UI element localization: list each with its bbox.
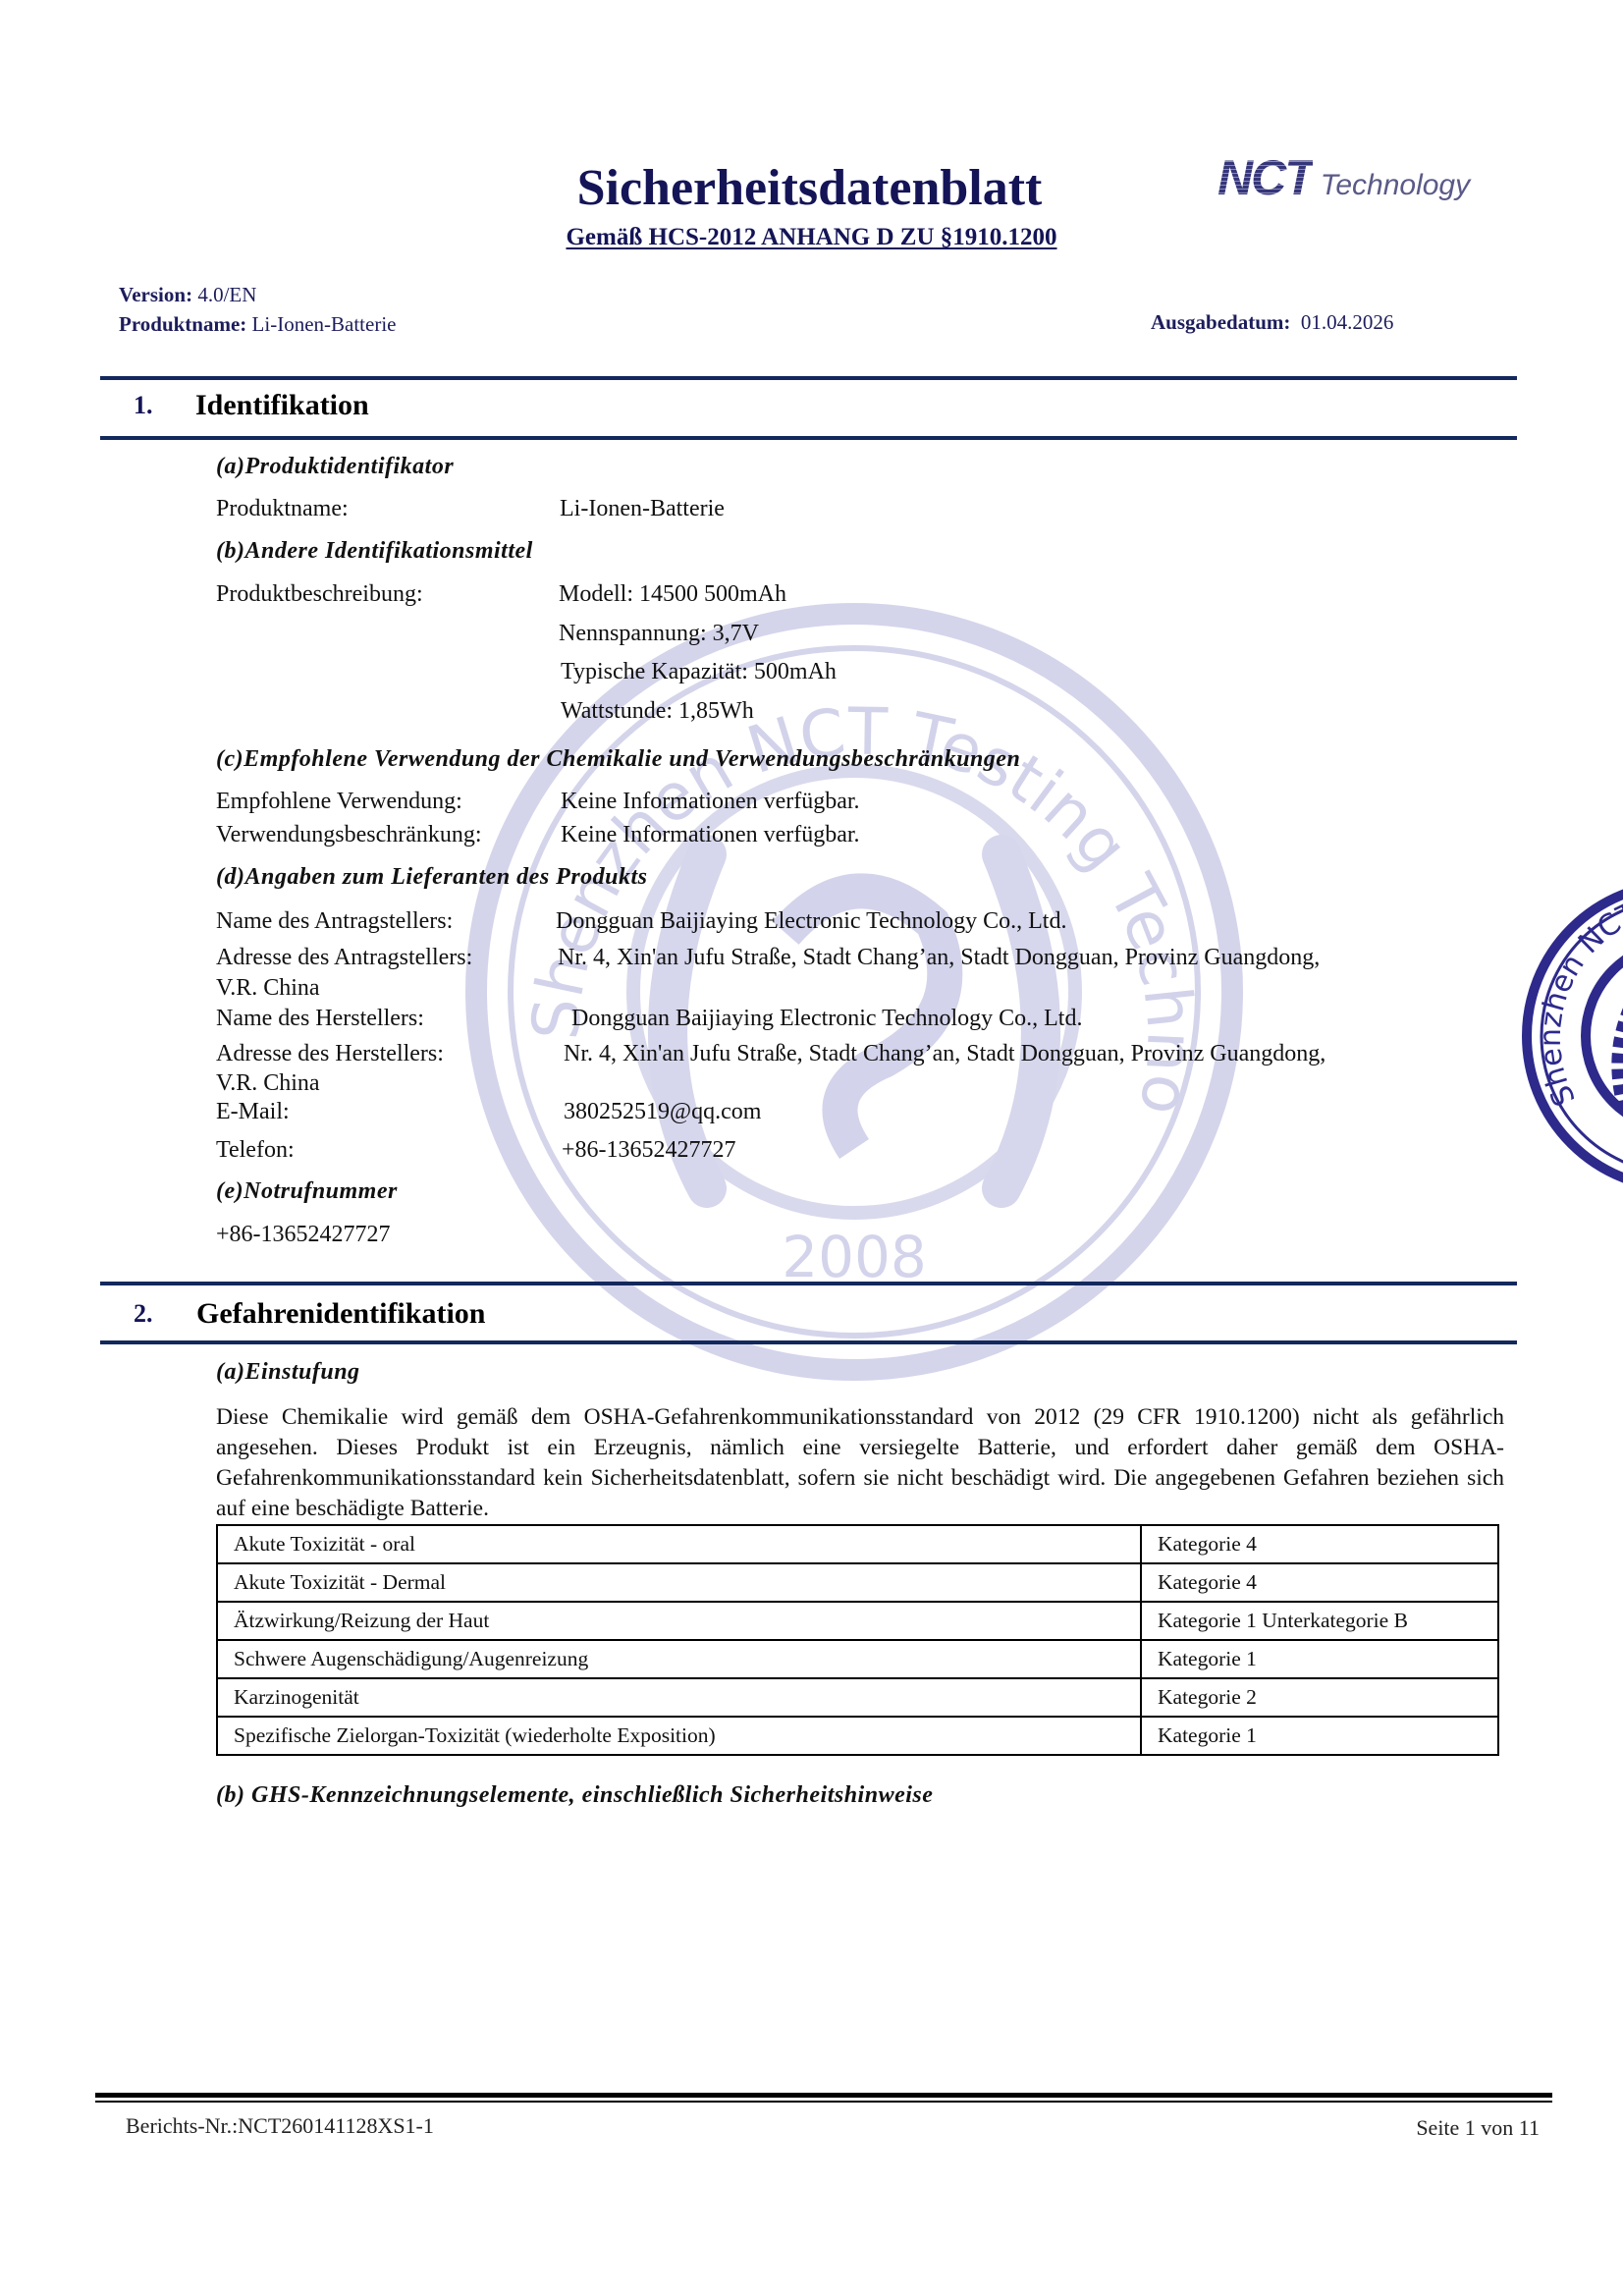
- table-row: Akute Toxizität - oralKategorie 4: [217, 1525, 1498, 1563]
- emergency-number: +86-13652427727: [216, 1222, 391, 1248]
- field-label: Verwendungsbeschränkung:: [216, 822, 482, 848]
- hazard-cell: Akute Toxizität - Dermal: [217, 1563, 1141, 1602]
- hazard-cell: Akute Toxizität - oral: [217, 1525, 1141, 1563]
- hazard-classification-table: Akute Toxizität - oralKategorie 4Akute T…: [216, 1524, 1499, 1756]
- version-label: Version:: [119, 283, 192, 306]
- section-2-title: Gefahrenidentifikation: [196, 1297, 485, 1331]
- product-line: Produktname: Li-Ionen-Batterie: [119, 312, 396, 337]
- issue-date-value: 01.04.2026: [1301, 310, 1394, 334]
- category-cell: Kategorie 2: [1141, 1678, 1498, 1717]
- version-value: 4.0/EN: [197, 283, 256, 306]
- logo-suffix: Technology: [1321, 169, 1470, 201]
- field-label: Adresse des Herstellers:: [216, 1041, 444, 1067]
- hazard-cell: Karzinogenität: [217, 1678, 1141, 1717]
- field-value-cont: V.R. China: [216, 1070, 320, 1097]
- hazard-cell: Spezifische Zielorgan-Toxizität (wiederh…: [217, 1717, 1141, 1755]
- section-number: 1.: [134, 391, 153, 419]
- email-link[interactable]: 380252519@qq.com: [564, 1099, 761, 1125]
- subsection-heading: (e)Notrufnummer: [216, 1178, 398, 1205]
- hazard-cell: Schwere Augenschädigung/Augenreizung: [217, 1640, 1141, 1678]
- field-value: Li-Ionen-Batterie: [560, 496, 725, 522]
- issue-date-label: Ausgabedatum:: [1151, 310, 1290, 334]
- category-cell: Kategorie 1: [1141, 1640, 1498, 1678]
- classification-paragraph: Diese Chemikalie wird gemäß dem OSHA-Gef…: [216, 1402, 1504, 1524]
- subsection-heading: (b) GHS-Kennzeichnungselemente, einschli…: [216, 1782, 933, 1809]
- section-rule: [100, 376, 1517, 380]
- section-2-heading: 2.: [134, 1299, 153, 1329]
- field-value: Keine Informationen verfügbar.: [561, 789, 860, 815]
- section-rule: [100, 1282, 1517, 1285]
- field-value: Dongguan Baijiaying Electronic Technolog…: [571, 1006, 1082, 1032]
- field-label: Name des Antragstellers:: [216, 908, 453, 935]
- subsection-heading: (a)Einstufung: [216, 1359, 360, 1386]
- category-cell: Kategorie 4: [1141, 1525, 1498, 1563]
- product-value: Li-Ionen-Batterie: [252, 312, 397, 336]
- report-number: Berichts-Nr.:NCT260141128XS1-1: [126, 2113, 434, 2139]
- section-1-title: Identifikation: [195, 389, 369, 422]
- company-stamp: Shenzhen NCT T: [1517, 874, 1623, 1198]
- table-row: Ätzwirkung/Reizung der HautKategorie 1 U…: [217, 1602, 1498, 1640]
- subsection-heading: (c)Empfohlene Verwendung der Chemikalie …: [216, 746, 1020, 773]
- field-value: +86-13652427727: [562, 1137, 736, 1164]
- category-cell: Kategorie 1 Unterkategorie B: [1141, 1602, 1498, 1640]
- document-subtitle: Gemäß HCS-2012 ANHANG D ZU §1910.1200: [0, 224, 1623, 251]
- description-line: Wattstunde: 1,85Wh: [561, 698, 754, 725]
- subsection-heading: (b)Andere Identifikationsmittel: [216, 538, 533, 565]
- nct-logo: NCTTechnology: [1217, 149, 1470, 206]
- page-number: Seite 1 von 11: [1416, 2115, 1540, 2141]
- field-value: Keine Informationen verfügbar.: [561, 822, 860, 848]
- section-rule: [100, 436, 1517, 440]
- field-label: Produktname:: [216, 496, 349, 522]
- field-label: Empfohlene Verwendung:: [216, 789, 462, 815]
- field-value-cont: V.R. China: [216, 975, 320, 1002]
- logo-brand: NCT: [1217, 150, 1313, 205]
- field-label: Adresse des Antragstellers:: [216, 945, 472, 971]
- field-value: Nr. 4, Xin'an Jufu Straße, Stadt Chang’a…: [558, 945, 1320, 971]
- field-label: Produktbeschreibung:: [216, 581, 423, 608]
- hazard-cell: Ätzwirkung/Reizung der Haut: [217, 1602, 1141, 1640]
- svg-text:2008: 2008: [782, 1224, 927, 1290]
- field-label: E-Mail:: [216, 1099, 290, 1125]
- category-cell: Kategorie 1: [1141, 1717, 1498, 1755]
- section-rule: [100, 1340, 1517, 1344]
- product-label: Produktname:: [119, 312, 246, 336]
- issue-date: Ausgabedatum: 01.04.2026: [1151, 310, 1393, 335]
- category-cell: Kategorie 4: [1141, 1563, 1498, 1602]
- field-label: Telefon:: [216, 1137, 295, 1164]
- footer-rule: [95, 2101, 1552, 2103]
- description-line: Typische Kapazität: 500mAh: [561, 659, 837, 685]
- table-row: Spezifische Zielorgan-Toxizität (wiederh…: [217, 1717, 1498, 1755]
- field-value: Nr. 4, Xin'an Jufu Straße, Stadt Chang’a…: [564, 1041, 1325, 1067]
- table-row: KarzinogenitätKategorie 2: [217, 1678, 1498, 1717]
- subsection-heading: (d)Angaben zum Lieferanten des Produkts: [216, 864, 648, 891]
- table-row: Schwere Augenschädigung/AugenreizungKate…: [217, 1640, 1498, 1678]
- description-line: Nennspannung: 3,7V: [559, 621, 759, 647]
- svg-text:Shenzhen NCT T: Shenzhen NCT T: [1534, 887, 1623, 1112]
- table-row: Akute Toxizität - DermalKategorie 4: [217, 1563, 1498, 1602]
- subsection-heading: (a)Produktidentifikator: [216, 454, 454, 480]
- version-line: Version: 4.0/EN: [119, 283, 256, 307]
- section-1-heading: 1.: [134, 391, 153, 420]
- description-line: Modell: 14500 500mAh: [559, 581, 786, 608]
- field-value: Dongguan Baijiaying Electronic Technolog…: [556, 908, 1066, 935]
- field-label: Name des Herstellers:: [216, 1006, 424, 1032]
- section-number: 2.: [134, 1299, 153, 1328]
- footer-rule: [95, 2093, 1552, 2098]
